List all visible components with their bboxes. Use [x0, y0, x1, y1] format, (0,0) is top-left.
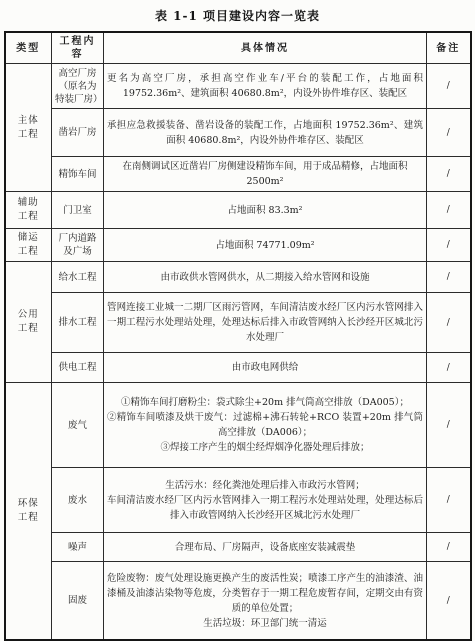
cell-note: / — [427, 562, 471, 641]
cell-content: 供电工程 — [52, 353, 104, 383]
cell-note: / — [427, 353, 471, 383]
cell-detail: 由市政供水管网供水，从二期接入给水管网和设施 — [104, 262, 427, 293]
table-row: 凿岩厂房 承担应急救援装备、凿岩设备的装配工作，占地面积 19752.36m²、… — [5, 109, 471, 157]
cell-content: 固废 — [52, 562, 104, 641]
cell-detail: 承担应急救援装备、凿岩设备的装配工作，占地面积 19752.36m²、建筑面积 … — [104, 109, 427, 157]
cell-detail: 管网连接工业城一二期厂区雨污管网，车间清洁废水经厂区内污水管网排入一期工程污水处… — [104, 293, 427, 353]
table-row: 噪声 合理布局、厂房隔声，设备底座安装减震垫 / — [5, 533, 471, 562]
document-page: 表 1-1 项目建设内容一览表 类型 工程内容 具体情况 备注 主体 工程 高空… — [0, 0, 475, 641]
cell-content: 噪声 — [52, 533, 104, 562]
table-title: 表 1-1 项目建设内容一览表 — [0, 7, 475, 24]
col-header-type: 类型 — [5, 32, 52, 64]
table-row: 储运 工程 厂内道路 及广场 占地面积 74771.09m² / — [5, 229, 471, 262]
cell-type-environmental-works: 环保 工程 — [5, 383, 52, 641]
cell-type-auxiliary-works: 辅助 工程 — [5, 192, 52, 229]
cell-detail: 生活污水：经化粪池处理后排入市政污水管网； 车间清洁废水经厂区内污水管网排入一期… — [104, 468, 427, 533]
table-row: 公用 工程 给水工程 由市政供水管网供水，从二期接入给水管网和设施 / — [5, 262, 471, 293]
table-row: 供电工程 由市政电网供给 / — [5, 353, 471, 383]
cell-type-utility-works: 公用 工程 — [5, 262, 52, 383]
cell-note: / — [427, 262, 471, 293]
col-header-detail: 具体情况 — [104, 32, 427, 64]
cell-content: 厂内道路 及广场 — [52, 229, 104, 262]
cell-note: / — [427, 109, 471, 157]
cell-content: 高空厂房 （原名为 特装厂房） — [52, 64, 104, 109]
table-row: 固废 危险废物：废气处理设施更换产生的废活性炭；喷漆工序产生的油漆渣、油漆桶及油… — [5, 562, 471, 641]
cell-note: / — [427, 533, 471, 562]
table-row: 排水工程 管网连接工业城一二期厂区雨污管网，车间清洁废水经厂区内污水管网排入一期… — [5, 293, 471, 353]
cell-note: / — [427, 192, 471, 229]
cell-detail: ①精饰车间打磨粉尘：袋式除尘+20m 排气筒高空排放（DA005）； ②精饰车间… — [104, 383, 427, 468]
cell-detail: 更名为高空厂房，承担高空作业车/平台的装配工作，占地面积 19752.36m²、… — [104, 64, 427, 109]
cell-note: / — [427, 293, 471, 353]
cell-note: / — [427, 468, 471, 533]
cell-content: 废水 — [52, 468, 104, 533]
cell-note: / — [427, 64, 471, 109]
cell-type-storage-works: 储运 工程 — [5, 229, 52, 262]
cell-detail: 合理布局、厂房隔声，设备底座安装减震垫 — [104, 533, 427, 562]
cell-detail: 由市政电网供给 — [104, 353, 427, 383]
cell-detail: 在南侧调试区近凿岩厂房侧建设精饰车间，用于成品精修，占地面积 2500m² — [104, 157, 427, 192]
table-row: 环保 工程 废气 ①精饰车间打磨粉尘：袋式除尘+20m 排气筒高空排放（DA00… — [5, 383, 471, 468]
cell-note: / — [427, 229, 471, 262]
cell-content: 废气 — [52, 383, 104, 468]
col-header-content: 工程内容 — [52, 32, 104, 64]
cell-note: / — [427, 383, 471, 468]
table-row: 辅助 工程 门卫室 占地面积 83.3m² / — [5, 192, 471, 229]
cell-content: 排水工程 — [52, 293, 104, 353]
table-row: 精饰车间 在南侧调试区近凿岩厂房侧建设精饰车间，用于成品精修，占地面积 2500… — [5, 157, 471, 192]
cell-content: 凿岩厂房 — [52, 109, 104, 157]
table-row: 废水 生活污水：经化粪池处理后排入市政污水管网； 车间清洁废水经厂区内污水管网排… — [5, 468, 471, 533]
cell-detail: 占地面积 83.3m² — [104, 192, 427, 229]
cell-type-main-works: 主体 工程 — [5, 64, 52, 192]
project-content-table: 类型 工程内容 具体情况 备注 主体 工程 高空厂房 （原名为 特装厂房） 更名… — [4, 31, 472, 641]
cell-content: 给水工程 — [52, 262, 104, 293]
col-header-note: 备注 — [427, 32, 471, 64]
cell-content: 门卫室 — [52, 192, 104, 229]
cell-detail: 危险废物：废气处理设施更换产生的废活性炭；喷漆工序产生的油漆渣、油漆桶及油漆沾染… — [104, 562, 427, 641]
header-row: 类型 工程内容 具体情况 备注 — [5, 32, 471, 64]
cell-detail: 占地面积 74771.09m² — [104, 229, 427, 262]
cell-content: 精饰车间 — [52, 157, 104, 192]
table-row: 主体 工程 高空厂房 （原名为 特装厂房） 更名为高空厂房，承担高空作业车/平台… — [5, 64, 471, 109]
cell-note: / — [427, 157, 471, 192]
